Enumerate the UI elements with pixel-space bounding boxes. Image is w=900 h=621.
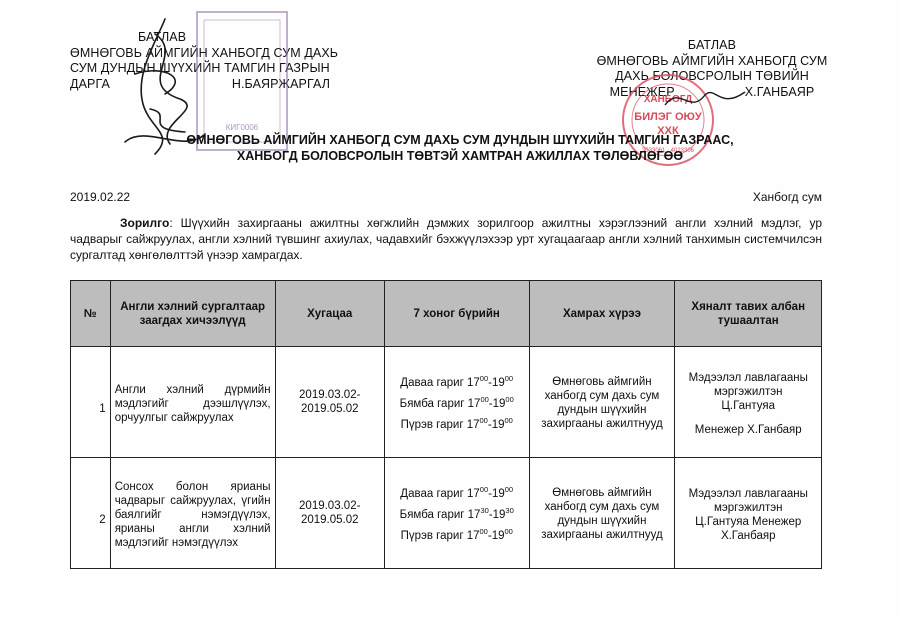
approval-org-line: ӨМНӨГОВЬ АЙМГИЙН ХАНБОГД СУМ ДАХЬ <box>70 46 390 62</box>
approval-block-left: БАТЛАВ ӨМНӨГОВЬ АЙМГИЙН ХАНБОГД СУМ ДАХЬ… <box>70 30 390 92</box>
goal-text: : Шүүхийн захиргааны ажилтны хөгжлийн дэ… <box>70 216 822 262</box>
table-header-row: № Англи хэлний сургалтаар заагдах хичээл… <box>71 281 822 347</box>
cell-coverage: Өмнөговь аймгийн ханбогд сум дахь сум ду… <box>529 458 675 569</box>
header-period: Хугацаа <box>275 281 384 347</box>
approval-org-line: ӨМНӨГОВЬ АЙМГИЙН ХАНБОГД СУМ <box>582 54 842 70</box>
cell-control: Мэдээлэл лавлагааны мэргэжилтэн Ц.Гантуя… <box>675 458 822 569</box>
cell-num: 1 <box>71 347 111 458</box>
svg-text:КИГ0006: КИГ0006 <box>226 123 259 132</box>
table-row: 2 Сонсох болон ярианы чадварыг сайжруула… <box>71 458 822 569</box>
header-control: Хяналт тавих албан тушаалтан <box>675 281 822 347</box>
approval-org-line: СУМ ДУНДЫН ШҮҮХИЙН ТАМГИН ГАЗРЫН <box>70 61 390 77</box>
schedule-line: Пүрэв гариг 1700-1900 <box>389 525 525 543</box>
document-date: 2019.02.22 <box>70 190 130 204</box>
header-weekly: 7 хоног бүрийн <box>384 281 529 347</box>
cell-period: 2019.03.02-2019.05.02 <box>275 458 384 569</box>
plan-table: № Англи хэлний сургалтаар заагдах хичээл… <box>70 280 822 569</box>
cell-schedule: Даваа гариг 1700-1900 Бямба гариг 1730-1… <box>384 458 529 569</box>
header-num: № <box>71 281 111 347</box>
schedule-line: Бямба гариг 1700-1900 <box>389 393 525 411</box>
approval-position: МЕНЕЖЕР <box>610 85 675 101</box>
header-subject: Англи хэлний сургалтаар заагдах хичээлүү… <box>110 281 275 347</box>
meta-row: 2019.02.22 Ханбогд сум <box>70 190 822 204</box>
svg-text:БИЛЭГ ОЮУ: БИЛЭГ ОЮУ <box>634 111 702 123</box>
document-title: ӨМНӨГОВЬ АЙМГИЙН ХАНБОГД СУМ ДАХЬ СУМ ДУ… <box>130 132 790 164</box>
title-line-1: ӨМНӨГОВЬ АЙМГИЙН ХАНБОГД СУМ ДАХЬ СУМ ДУ… <box>130 132 790 148</box>
cell-subject: Сонсох болон ярианы чадварыг сайжруулах,… <box>110 458 275 569</box>
table-row: 1 Англи хэлний дүрмийн мэдлэгийг дээшлүү… <box>71 347 822 458</box>
cell-control: Мэдээлэл лавлагааны мэргэжилтэн Ц.Гантуя… <box>675 347 822 458</box>
cell-coverage: Өмнөговь аймгийн ханбогд сум дахь сум ду… <box>529 347 675 458</box>
approval-name: Н.БАЯРЖАРГАЛ <box>232 77 330 93</box>
approval-title: БАТЛАВ <box>582 38 842 54</box>
approval-title: БАТЛАВ <box>70 30 390 46</box>
approval-org-line: ДАХЬ БОЛОВСРОЛЫН ТӨВИЙН <box>582 69 842 85</box>
schedule-line: Бямба гариг 1730-1930 <box>389 504 525 522</box>
cell-period: 2019.03.02-2019.05.02 <box>275 347 384 458</box>
cell-schedule: Даваа гариг 1700-1900 Бямба гариг 1700-1… <box>384 347 529 458</box>
approval-position: ДАРГА <box>70 77 110 93</box>
cell-subject: Англи хэлний дүрмийн мэдлэгийг дээшлүүлэ… <box>110 347 275 458</box>
title-line-2: ХАНБОГД БОЛОВСРОЛЫН ТӨВТЭЙ ХАМТРАН АЖИЛЛ… <box>130 148 790 164</box>
document-page: БАТЛАВ ӨМНӨГОВЬ АЙМГИЙН ХАНБОГД СУМ ДАХЬ… <box>0 0 900 621</box>
schedule-line: Даваа гариг 1700-1900 <box>389 372 525 390</box>
document-place: Ханбогд сум <box>753 190 822 204</box>
schedule-line: Пүрэв гариг 1700-1900 <box>389 414 525 432</box>
approval-name: Х.ГАНБАЯР <box>745 85 815 101</box>
header-coverage: Хамрах хүрээ <box>529 281 675 347</box>
schedule-line: Даваа гариг 1700-1900 <box>389 483 525 501</box>
goal-paragraph: Зорилго: Шүүхийн захиргааны ажилтны хөгж… <box>70 215 822 263</box>
cell-num: 2 <box>71 458 111 569</box>
approval-block-right: БАТЛАВ ӨМНӨГОВЬ АЙМГИЙН ХАНБОГД СУМ ДАХЬ… <box>582 38 842 100</box>
goal-label: Зорилго <box>120 216 169 230</box>
